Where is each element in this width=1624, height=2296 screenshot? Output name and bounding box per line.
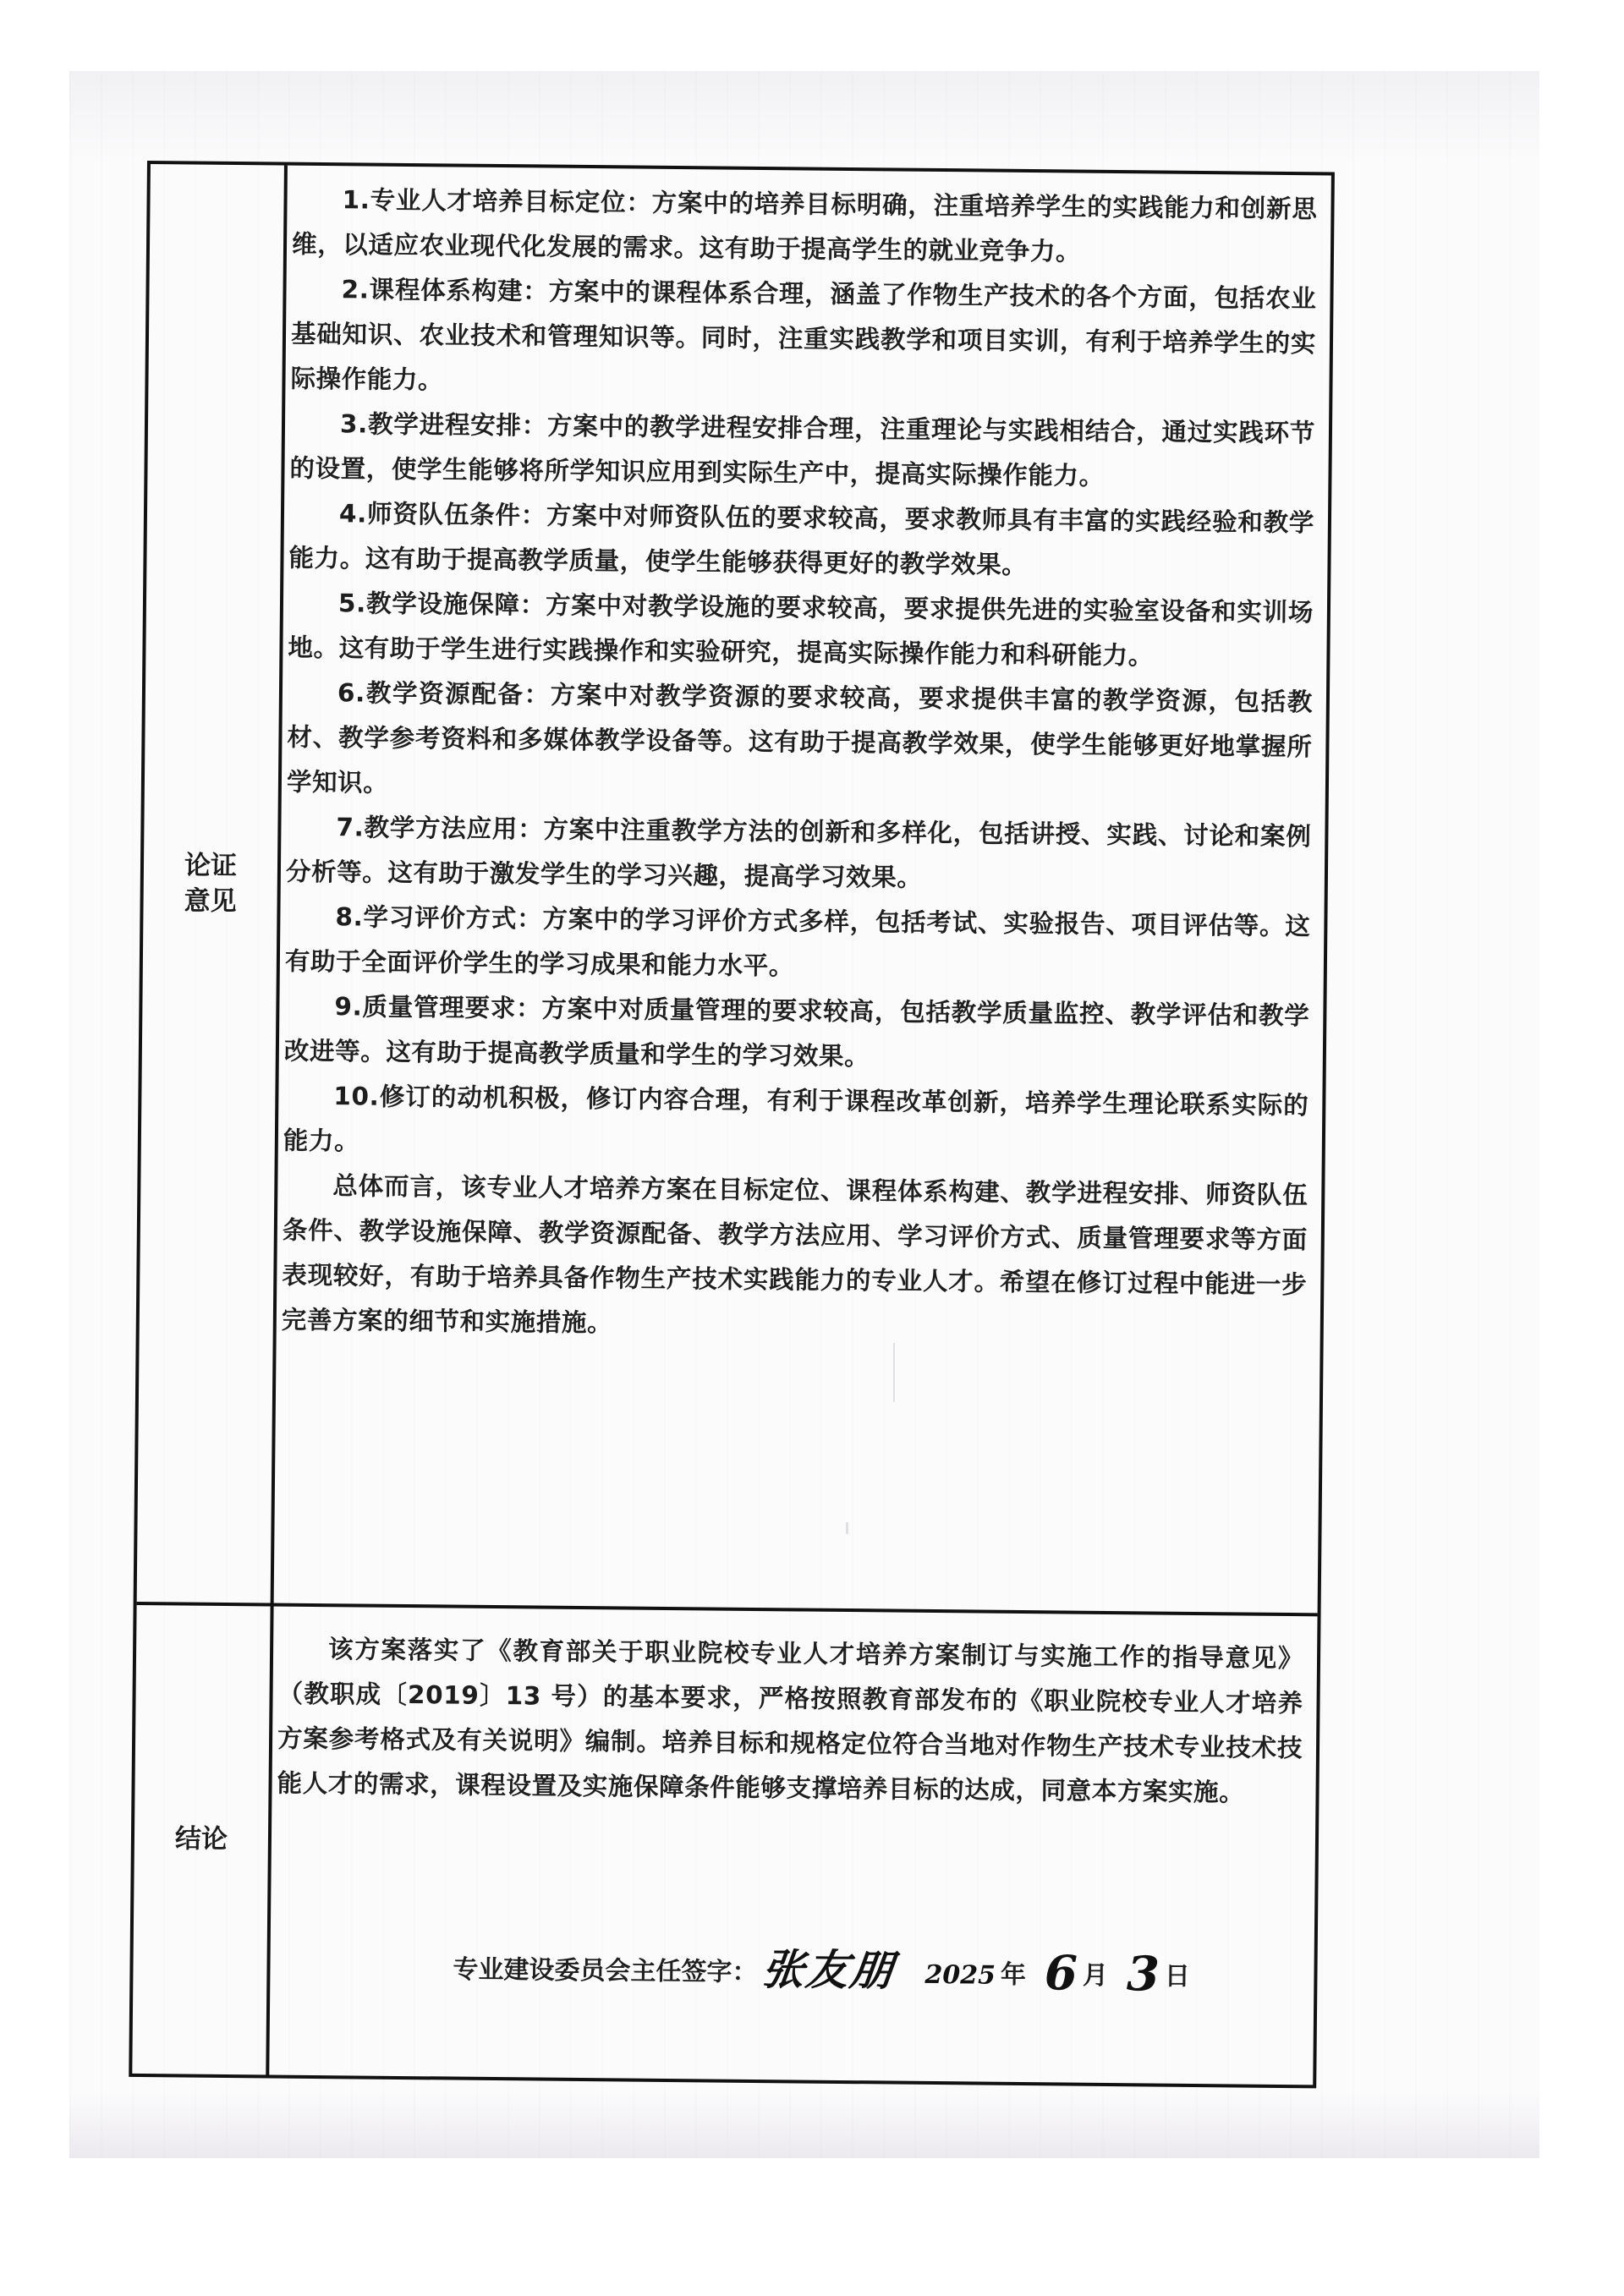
scan-artifact [846, 1522, 848, 1534]
signature-label: 专业建设委员会主任签字： [453, 1948, 757, 1988]
signature-month: 6 [1045, 1945, 1078, 2001]
signature-row: 专业建设委员会主任签字： 张友朋 2025 年 6 月 3 日 [453, 1923, 1299, 2008]
opinion-item-8: 8.学习评价方式：方案中的学习评价方式多样，包括考试、实验报告、项目评估等。这有… [285, 895, 1311, 995]
opinion-summary: 总体而言，该专业人才培养方案在目标定位、课程体系构建、教学进程安排、师资队伍条件… [282, 1164, 1309, 1353]
opinion-item-9: 9.质量管理要求：方案中对质量管理的要求较高，包括教学质量监控、教学评估和教学改… [284, 984, 1310, 1084]
handwritten-signature: 张友朋 [759, 1936, 897, 1997]
year-unit: 年 [1001, 1954, 1026, 1991]
scan-artifact [893, 1343, 895, 1402]
opinion-label: 论证意见 [180, 847, 240, 919]
month-unit: 月 [1083, 1954, 1108, 1992]
conclusion-content: 该方案落实了《教育部关于职业院校专业人才培养方案制订与实施工作的指导意见》（教职… [277, 1627, 1303, 1817]
opinion-item-7: 7.教学方法应用：方案中注重教学方法的创新和多样化，包括讲授、实践、讨论和案例分… [286, 805, 1312, 905]
label-cell-conclusion: 结论 [132, 1602, 270, 2076]
opinion-content: 1.专业人才培养目标定位：方案中的培养目标明确，注重培养学生的实践能力和创新思维… [282, 178, 1318, 1353]
opinion-item-6: 6.教学资源配备：方案中对教学资源的要求较高，要求提供丰富的教学资源，包括教材、… [287, 671, 1313, 815]
signature-day: 3 [1127, 1946, 1160, 2002]
signature-year: 2025 [924, 1960, 996, 1991]
opinion-item-2: 2.课程体系构建：方案中的课程体系合理，涵盖了作物生产技术的各个方面，包括农业基… [290, 267, 1316, 412]
opinion-item-1: 1.专业人才培养目标定位：方案中的培养目标明确，注重培养学生的实践能力和创新思维… [292, 178, 1318, 277]
label-cell-opinion: 论证意见 [137, 164, 284, 1603]
row-divider [137, 1602, 1318, 1616]
day-unit: 日 [1165, 1955, 1190, 1992]
conclusion-label: 结论 [175, 1821, 228, 1857]
opinion-item-3: 3.教学进程安排：方案中的教学进程安排合理，注重理论与实践相结合，通过实践环节的… [289, 402, 1315, 501]
review-form-table: 论证意见 1.专业人才培养目标定位：方案中的培养目标明确，注重培养学生的实践能力… [129, 161, 1335, 2088]
opinion-item-4: 4.师资队伍条件：方案中对师资队伍的要求较高，要求教师具有丰富的实践经验和教学能… [288, 491, 1314, 591]
opinion-item-5: 5.教学设施保障：方案中对教学设施的要求较高，要求提供先进的实验室设备和实训场地… [288, 581, 1314, 681]
conclusion-text: 该方案落实了《教育部关于职业院校专业人才培养方案制订与实施工作的指导意见》（教职… [277, 1627, 1303, 1817]
opinion-item-10: 10.修订的动机积极，修订内容合理，有利于课程改革创新，培养学生理论联系实际的能… [283, 1074, 1309, 1174]
